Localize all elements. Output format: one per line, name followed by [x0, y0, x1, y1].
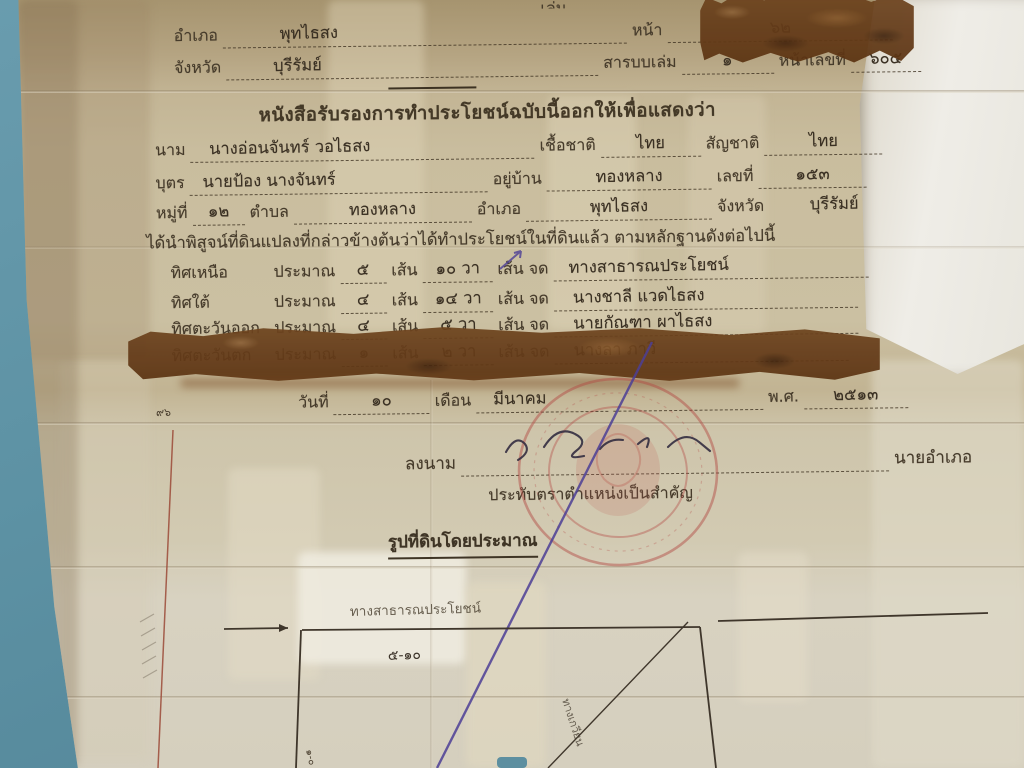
parents-field: นายป้อง นางจันทร์: [190, 173, 488, 196]
province2-label: จังหวัด: [717, 194, 764, 220]
name-value: นางอ่อนจันทร์ วอไธสง: [204, 133, 376, 162]
page-label: หน้า: [632, 18, 663, 43]
sen-field: ๕: [340, 265, 386, 285]
direction-label: ทิศเหนือ: [170, 260, 268, 286]
sen2-unit: เส้น: [498, 287, 524, 312]
house-no-field: ๑๕๓: [758, 169, 866, 189]
sen2-unit: เส้น: [497, 257, 523, 282]
address-line: หมู่ที่ ๑๒ ตำบล ทองหลาง อำเภอ พุทไธสง จั…: [156, 192, 900, 226]
stain-streak: [180, 378, 740, 388]
wa-field: ๑๐ วา: [422, 263, 492, 283]
seal-note-text: ประทับตราตำแหน่งเป็นสำคัญ: [488, 481, 693, 508]
nationality-value: ไทย: [804, 128, 843, 155]
race-field: ไทย: [601, 138, 701, 158]
blank-field: [613, 391, 763, 412]
sen-field: ๔: [341, 295, 387, 315]
province-label: จังหวัด: [174, 56, 221, 82]
house-no-label: เลขที่: [717, 164, 754, 189]
signature-line: ลงนาม นายอำเภอ: [405, 443, 973, 477]
sketch-heading-line: รูปที่ดินโดยประมาณ: [388, 527, 538, 560]
month-value: มีนาคม: [488, 385, 552, 412]
village-field: ทองหลาง: [547, 171, 712, 192]
name-field: นางอ่อนจันทร์ วอไธสง: [191, 140, 535, 163]
province2-value: บุรีรัมย์: [805, 190, 864, 217]
separator-rule: [388, 86, 476, 89]
document-paper: เล่ม อำเภอ พุทไธสง หน้า ๖๒ จังหวัด บุรีร…: [0, 0, 1024, 768]
register-label: สารบบเล่ม: [603, 50, 677, 76]
wa-value: ๑๐ วา: [430, 255, 485, 282]
nationality-label: สัญชาติ: [706, 131, 760, 157]
name-label: นาม: [155, 138, 186, 163]
date-label: วันที่: [298, 390, 329, 415]
year-field: ๒๕๑๓: [804, 389, 908, 409]
tambon-label: ตำบล: [249, 200, 289, 225]
parents-value: นายป้อง นางจันทร์: [197, 167, 341, 196]
neighbor-value: ทางสาธารณประโยชน์: [563, 252, 734, 281]
cropped-top-line: เล่ม: [465, 0, 681, 10]
month-field: มีนาคม: [476, 393, 608, 414]
approx-label: ประมาณ: [273, 259, 335, 285]
parents-line: บุตร นายป้อง นางจันทร์ อยู่บ้าน ทองหลาง …: [155, 163, 866, 197]
sen-unit: เส้น: [391, 258, 417, 283]
year-value: ๒๕๑๓: [828, 381, 884, 408]
amphoe2-label: อำเภอ: [477, 197, 522, 223]
sen-unit: เส้น: [392, 288, 418, 313]
table-gap-notch: [497, 757, 527, 768]
month-label: เดือน: [435, 389, 472, 414]
adjoin-label: จด: [529, 257, 549, 282]
officer-title: นายอำเภอ: [894, 443, 972, 471]
wa-value: ๑๔ วา: [429, 285, 486, 312]
tambon-field: ทองหลาง: [294, 203, 472, 224]
direction-label: ทิศใต้: [171, 290, 269, 316]
moo-value: ๑๒: [203, 198, 235, 225]
boundary-row-north: ทิศเหนือ ประมาณ ๕ เส้น ๑๐ วา เส้น จด ทาง…: [170, 253, 868, 287]
nationality-field: ไทย: [764, 135, 882, 155]
date-line: วันที่ ๑๐ เดือน มีนาคม พ.ศ. ๒๕๑๓: [298, 383, 908, 415]
signature-field: [461, 452, 889, 476]
sketch-heading: รูปที่ดินโดยประมาณ: [388, 527, 538, 560]
date-value: ๑๐: [366, 387, 397, 414]
approx-label: ประมาณ: [274, 289, 336, 315]
village-value: ทองหลาง: [590, 163, 668, 190]
volume-label: เล่ม: [540, 0, 566, 10]
neighbor-field: ทางสาธารณประโยชน์: [553, 259, 868, 282]
statement-text: ได้นำพิสูจน์ที่ดินแปลงที่กล่าวข้างต้นว่า…: [146, 223, 775, 257]
seal-note-line: ประทับตราตำแหน่งเป็นสำคัญ: [488, 481, 693, 508]
era-label: พ.ศ.: [768, 384, 799, 409]
house-no-value: ๑๕๓: [790, 161, 835, 188]
amphoe-value: พุทไธสง: [275, 20, 344, 47]
neighbor-value: นางชาลี แวดไธสง: [568, 282, 710, 311]
tambon-value: ทองหลาง: [344, 196, 422, 223]
name-line: นาม นางอ่อนจันทร์ วอไธสง เชื้อชาติ ไทย ส…: [155, 129, 883, 163]
sen-value: ๕: [352, 257, 375, 283]
sign-label: ลงนาม: [405, 450, 456, 478]
title-text: หนังสือรับรองการทำประโยชน์ฉบับนี้ออกให้เ…: [259, 95, 717, 130]
date-field: ๑๐: [334, 395, 430, 415]
photo-of-document: { "colors": { "table_surface": "#5d92a4"…: [0, 0, 1024, 768]
sen-value: ๔: [352, 287, 375, 313]
amphoe-field: พุทไธสง: [223, 25, 627, 49]
moo-label: หมู่ที่: [156, 201, 188, 226]
statement-line: ได้นำพิสูจน์ที่ดินแปลงที่กล่าวข้างต้นว่า…: [146, 223, 775, 257]
wa-field: ๑๔ วา: [423, 293, 493, 313]
amphoe-label: อำเภอ: [174, 24, 219, 50]
race-value: ไทย: [631, 130, 670, 157]
parents-label: บุตร: [155, 171, 184, 196]
register-field: ๑: [682, 55, 774, 75]
certificate-title: หนังสือรับรองการทำประโยชน์ฉบับนี้ออกให้เ…: [259, 95, 717, 130]
moo-field: ๑๒: [192, 206, 244, 226]
province2-field: บุรีรัมย์: [769, 198, 899, 219]
province-value: บุรีรัมย์: [268, 52, 327, 79]
province-field: บุรีรัมย์: [226, 57, 598, 81]
amphoe2-value: พุทไธสง: [585, 193, 654, 220]
adjoin-label: จด: [529, 287, 549, 312]
race-label: เชื้อชาติ: [539, 133, 595, 159]
village-label: อยู่บ้าน: [492, 167, 541, 193]
amphoe2-field: พุทไธสง: [526, 201, 712, 222]
